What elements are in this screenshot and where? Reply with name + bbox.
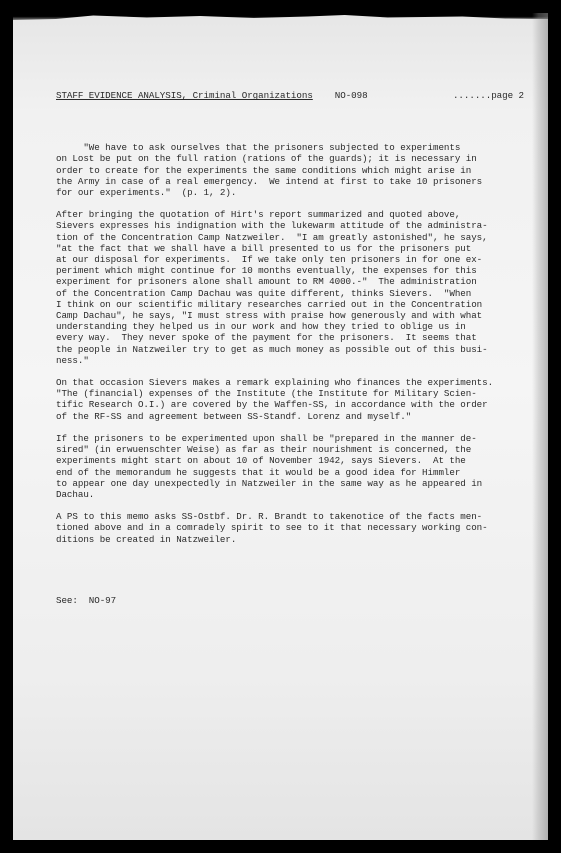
text-line: of the Concentration Camp Dachau was qui…: [56, 288, 526, 299]
text-line: If the prisoners to be experimented upon…: [56, 433, 526, 444]
paragraph: "We have to ask ourselves that the priso…: [56, 142, 526, 198]
see-also-reference: See: NO-97: [56, 595, 526, 606]
text-line: understanding they helped us in our work…: [56, 321, 526, 332]
document-body: STAFF EVIDENCE ANALYSIS, Criminal Organi…: [56, 68, 526, 629]
text-line: sired" (in erwuenschter Weise) as far as…: [56, 444, 526, 455]
paragraphs: "We have to ask ourselves that the priso…: [56, 142, 526, 545]
text-line: tioned above and in a comradely spirit t…: [56, 522, 526, 533]
paragraph: After bringing the quotation of Hirt's r…: [56, 209, 526, 366]
text-line: periment which might continue for 10 mon…: [56, 265, 526, 276]
text-line: of the RF-SS and agreement between SS-St…: [56, 411, 526, 422]
text-line: I think on our scientific military resea…: [56, 299, 526, 310]
text-line: "at the fact that we shall have a bill p…: [56, 243, 526, 254]
text-line: the Army in case of a real emergency. We…: [56, 176, 526, 187]
text-line: ditions be created in Natzweiler.: [56, 534, 526, 545]
text-line: Sievers expresses his indignation with t…: [56, 220, 526, 231]
text-line: On that occasion Sievers makes a remark …: [56, 377, 526, 388]
text-line: experiments might start on about 10 of N…: [56, 455, 526, 466]
document-number: NO-098: [335, 90, 368, 101]
text-line: end of the memorandum he suggests that i…: [56, 467, 526, 478]
text-line: on Lost be put on the full ration (ratio…: [56, 153, 526, 164]
text-line: "The (financial) expenses of the Institu…: [56, 388, 526, 399]
text-line: ness.": [56, 355, 526, 366]
header-title: STAFF EVIDENCE ANALYSIS, Criminal Organi…: [56, 90, 313, 101]
paragraph: If the prisoners to be experimented upon…: [56, 433, 526, 500]
text-line: the people in Natzweiler try to get as m…: [56, 344, 526, 355]
text-line: every way. They never spoke of the payme…: [56, 332, 526, 343]
text-line: order to create for the experiments the …: [56, 165, 526, 176]
text-line: Camp Dachau", he says, "I must stress wi…: [56, 310, 526, 321]
text-line: After bringing the quotation of Hirt's r…: [56, 209, 526, 220]
text-line: "We have to ask ourselves that the priso…: [56, 142, 526, 153]
text-line: for our experiments." (p. 1, 2).: [56, 187, 526, 198]
page-edge-shadow: [532, 13, 548, 840]
page-number: .......page 2: [453, 90, 524, 101]
paragraph: On that occasion Sievers makes a remark …: [56, 377, 526, 422]
text-line: Dachau.: [56, 489, 526, 500]
text-line: at our disposal for experiments. If we t…: [56, 254, 526, 265]
text-line: experiment for prisoners alone shall amo…: [56, 276, 526, 287]
document-page: STAFF EVIDENCE ANALYSIS, Criminal Organi…: [13, 13, 548, 840]
text-line: to appear one day unexpectedly in Natzwe…: [56, 478, 526, 489]
document-header: STAFF EVIDENCE ANALYSIS, Criminal Organi…: [56, 90, 526, 101]
paragraph: A PS to this memo asks SS-Ostbf. Dr. R. …: [56, 511, 526, 545]
text-line: tific Research O.I.) are covered by the …: [56, 399, 526, 410]
text-line: A PS to this memo asks SS-Ostbf. Dr. R. …: [56, 511, 526, 522]
text-line: tion of the Concentration Camp Natzweile…: [56, 232, 526, 243]
